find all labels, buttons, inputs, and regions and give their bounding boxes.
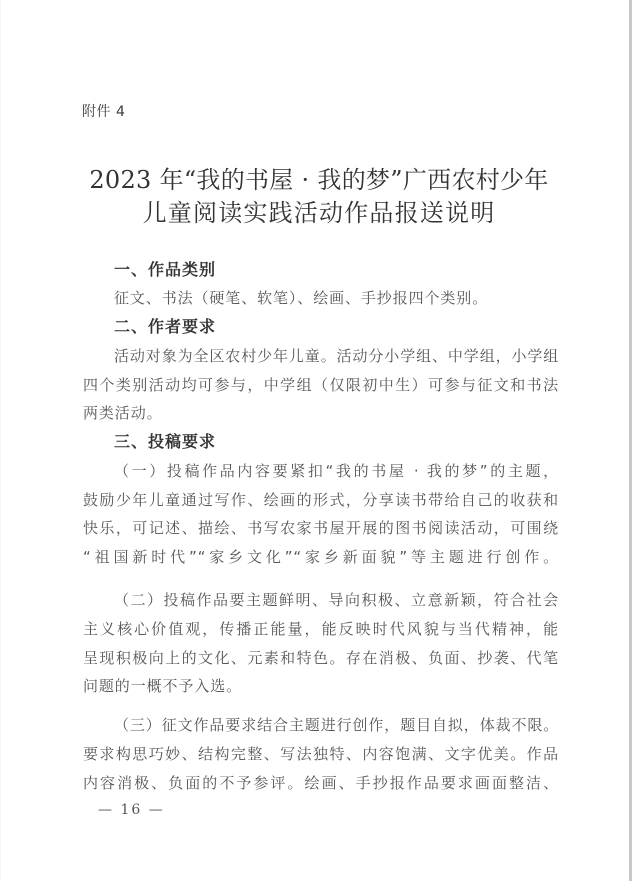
section-heading-author-requirements: 二、作者要求 xyxy=(114,313,216,341)
paragraph-line: 活动对象为全区农村少年儿童。活动分小学组、中学组，小学组 xyxy=(114,342,559,370)
paragraph-line: 征文、书法（硬笔、软笔）、绘画、手抄报四个类别。 xyxy=(114,284,559,312)
paragraph-line: 内容消极、负面的不予参评。绘画、手抄报作品要求画面整洁、 xyxy=(83,769,559,797)
paragraph-line: 两类活动。 xyxy=(83,399,559,427)
paragraph-line: “祖国新时代”“家乡文化”“家乡新面貌”等主题进行创作。 xyxy=(83,543,559,571)
document-title-line-1: 2023 年“我的书屋 · 我的梦”广西农村少年 xyxy=(61,160,577,195)
document-title-line-2: 儿童阅读实践活动作品报送说明 xyxy=(61,193,577,228)
paragraph-line: （二）投稿作品要主题鲜明、导向积极、立意新颖，符合社会 xyxy=(114,586,559,614)
paragraph-line: 四个类别活动均可参与，中学组（仅限初中生）可参与征文和书法 xyxy=(83,371,559,399)
paragraph-line: （三）征文作品要求结合主题进行创作，题目自拟，体裁不限。 xyxy=(114,711,559,739)
section-heading-submission-requirements: 三、投稿要求 xyxy=(114,428,216,456)
page-number: — 16 — xyxy=(98,802,165,818)
paragraph-line: （一）投稿作品内容要紧扣“我的书屋 · 我的梦”的主题， xyxy=(114,457,559,485)
attachment-label: 附件 4 xyxy=(82,101,125,121)
paragraph-line: 要求构思巧妙、结构完整、写法独特、内容饱满、文字优美。作品 xyxy=(83,740,559,768)
paragraph-line: 呈现积极向上的文化、元素和特色。存在消极、负面、抄袭、代笔 xyxy=(83,644,559,672)
paragraph-line: 主义核心价值观，传播正能量，能反映时代风貌与当代精神，能 xyxy=(83,615,559,643)
paragraph-line: 鼓励少年儿童通过写作、绘画的形式，分享读书带给自己的收获和 xyxy=(83,486,559,514)
paragraph-line: 问题的一概不予入选。 xyxy=(83,672,559,700)
section-heading-categories: 一、作品类别 xyxy=(114,256,216,284)
paragraph-line: 快乐，可记述、描绘、书写农家书屋开展的图书阅读活动，可围绕 xyxy=(83,514,559,542)
document-page: 附件 4 2023 年“我的书屋 · 我的梦”广西农村少年 儿童阅读实践活动作品… xyxy=(0,0,630,881)
